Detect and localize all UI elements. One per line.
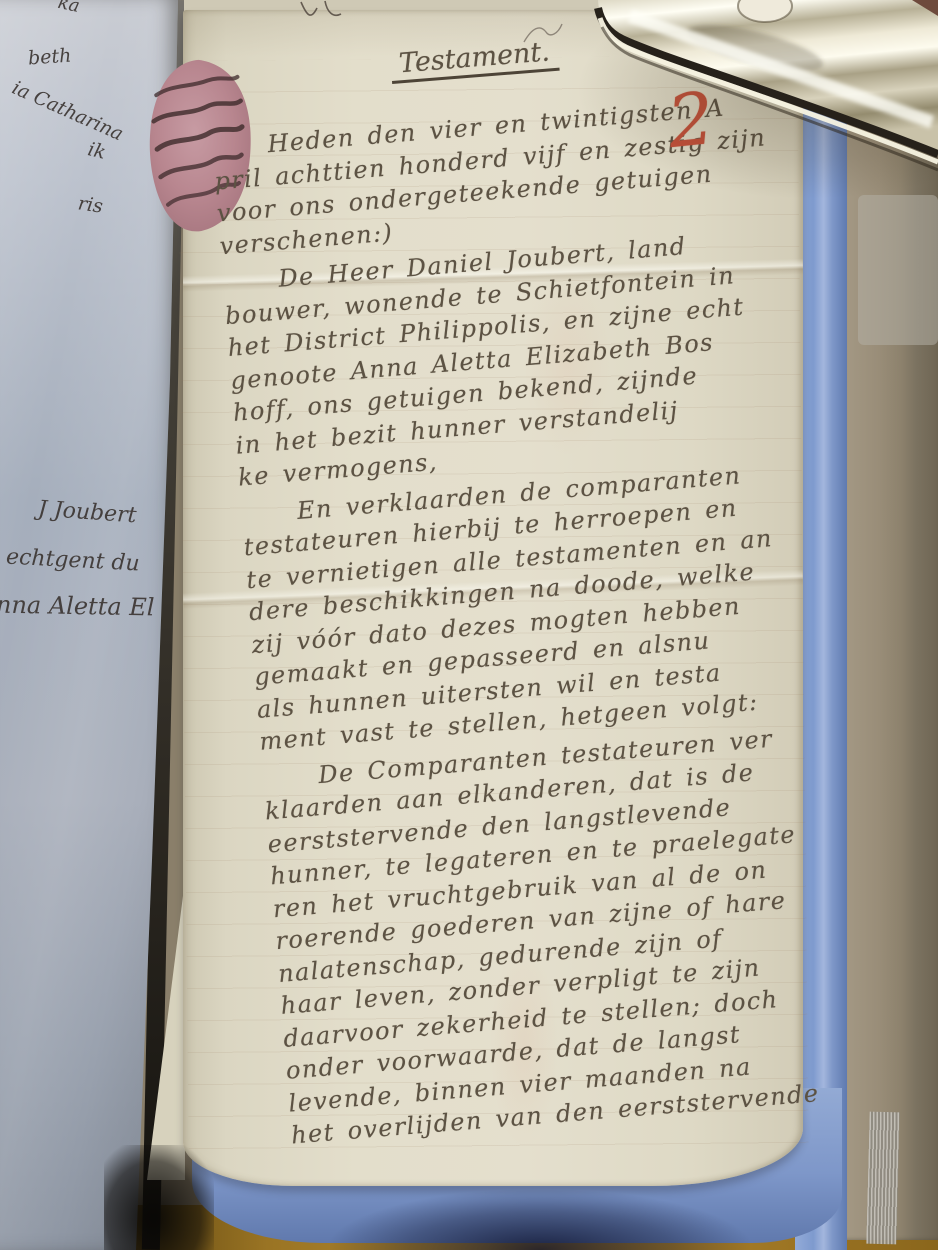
ink-scribble-mark — [295, 0, 345, 26]
page-fragment-text: ris — [77, 192, 105, 217]
paragraph-bequest: De Comparanten testateuren ver klaarden … — [261, 716, 884, 1152]
undersheet-fold-shadow — [330, 1190, 750, 1250]
page-fragment-text: nna Aletta El — [0, 591, 155, 622]
cardboard-light-patch — [858, 195, 938, 345]
gutter-dark-gap — [104, 1145, 214, 1250]
page-fragment-text: beth — [27, 45, 72, 70]
binder-clip — [560, 0, 938, 195]
paragraph-revocation: En verklaarden de comparanten testateure… — [240, 451, 853, 758]
photograph-of-handwritten-testament: ka beth ia Catharina ik ris J Joubert ec… — [0, 0, 938, 1250]
frayed-paper-fringe — [866, 1112, 899, 1245]
paragraph-testators: De Heer Daniel Joubert, land bouwer, won… — [221, 220, 831, 494]
